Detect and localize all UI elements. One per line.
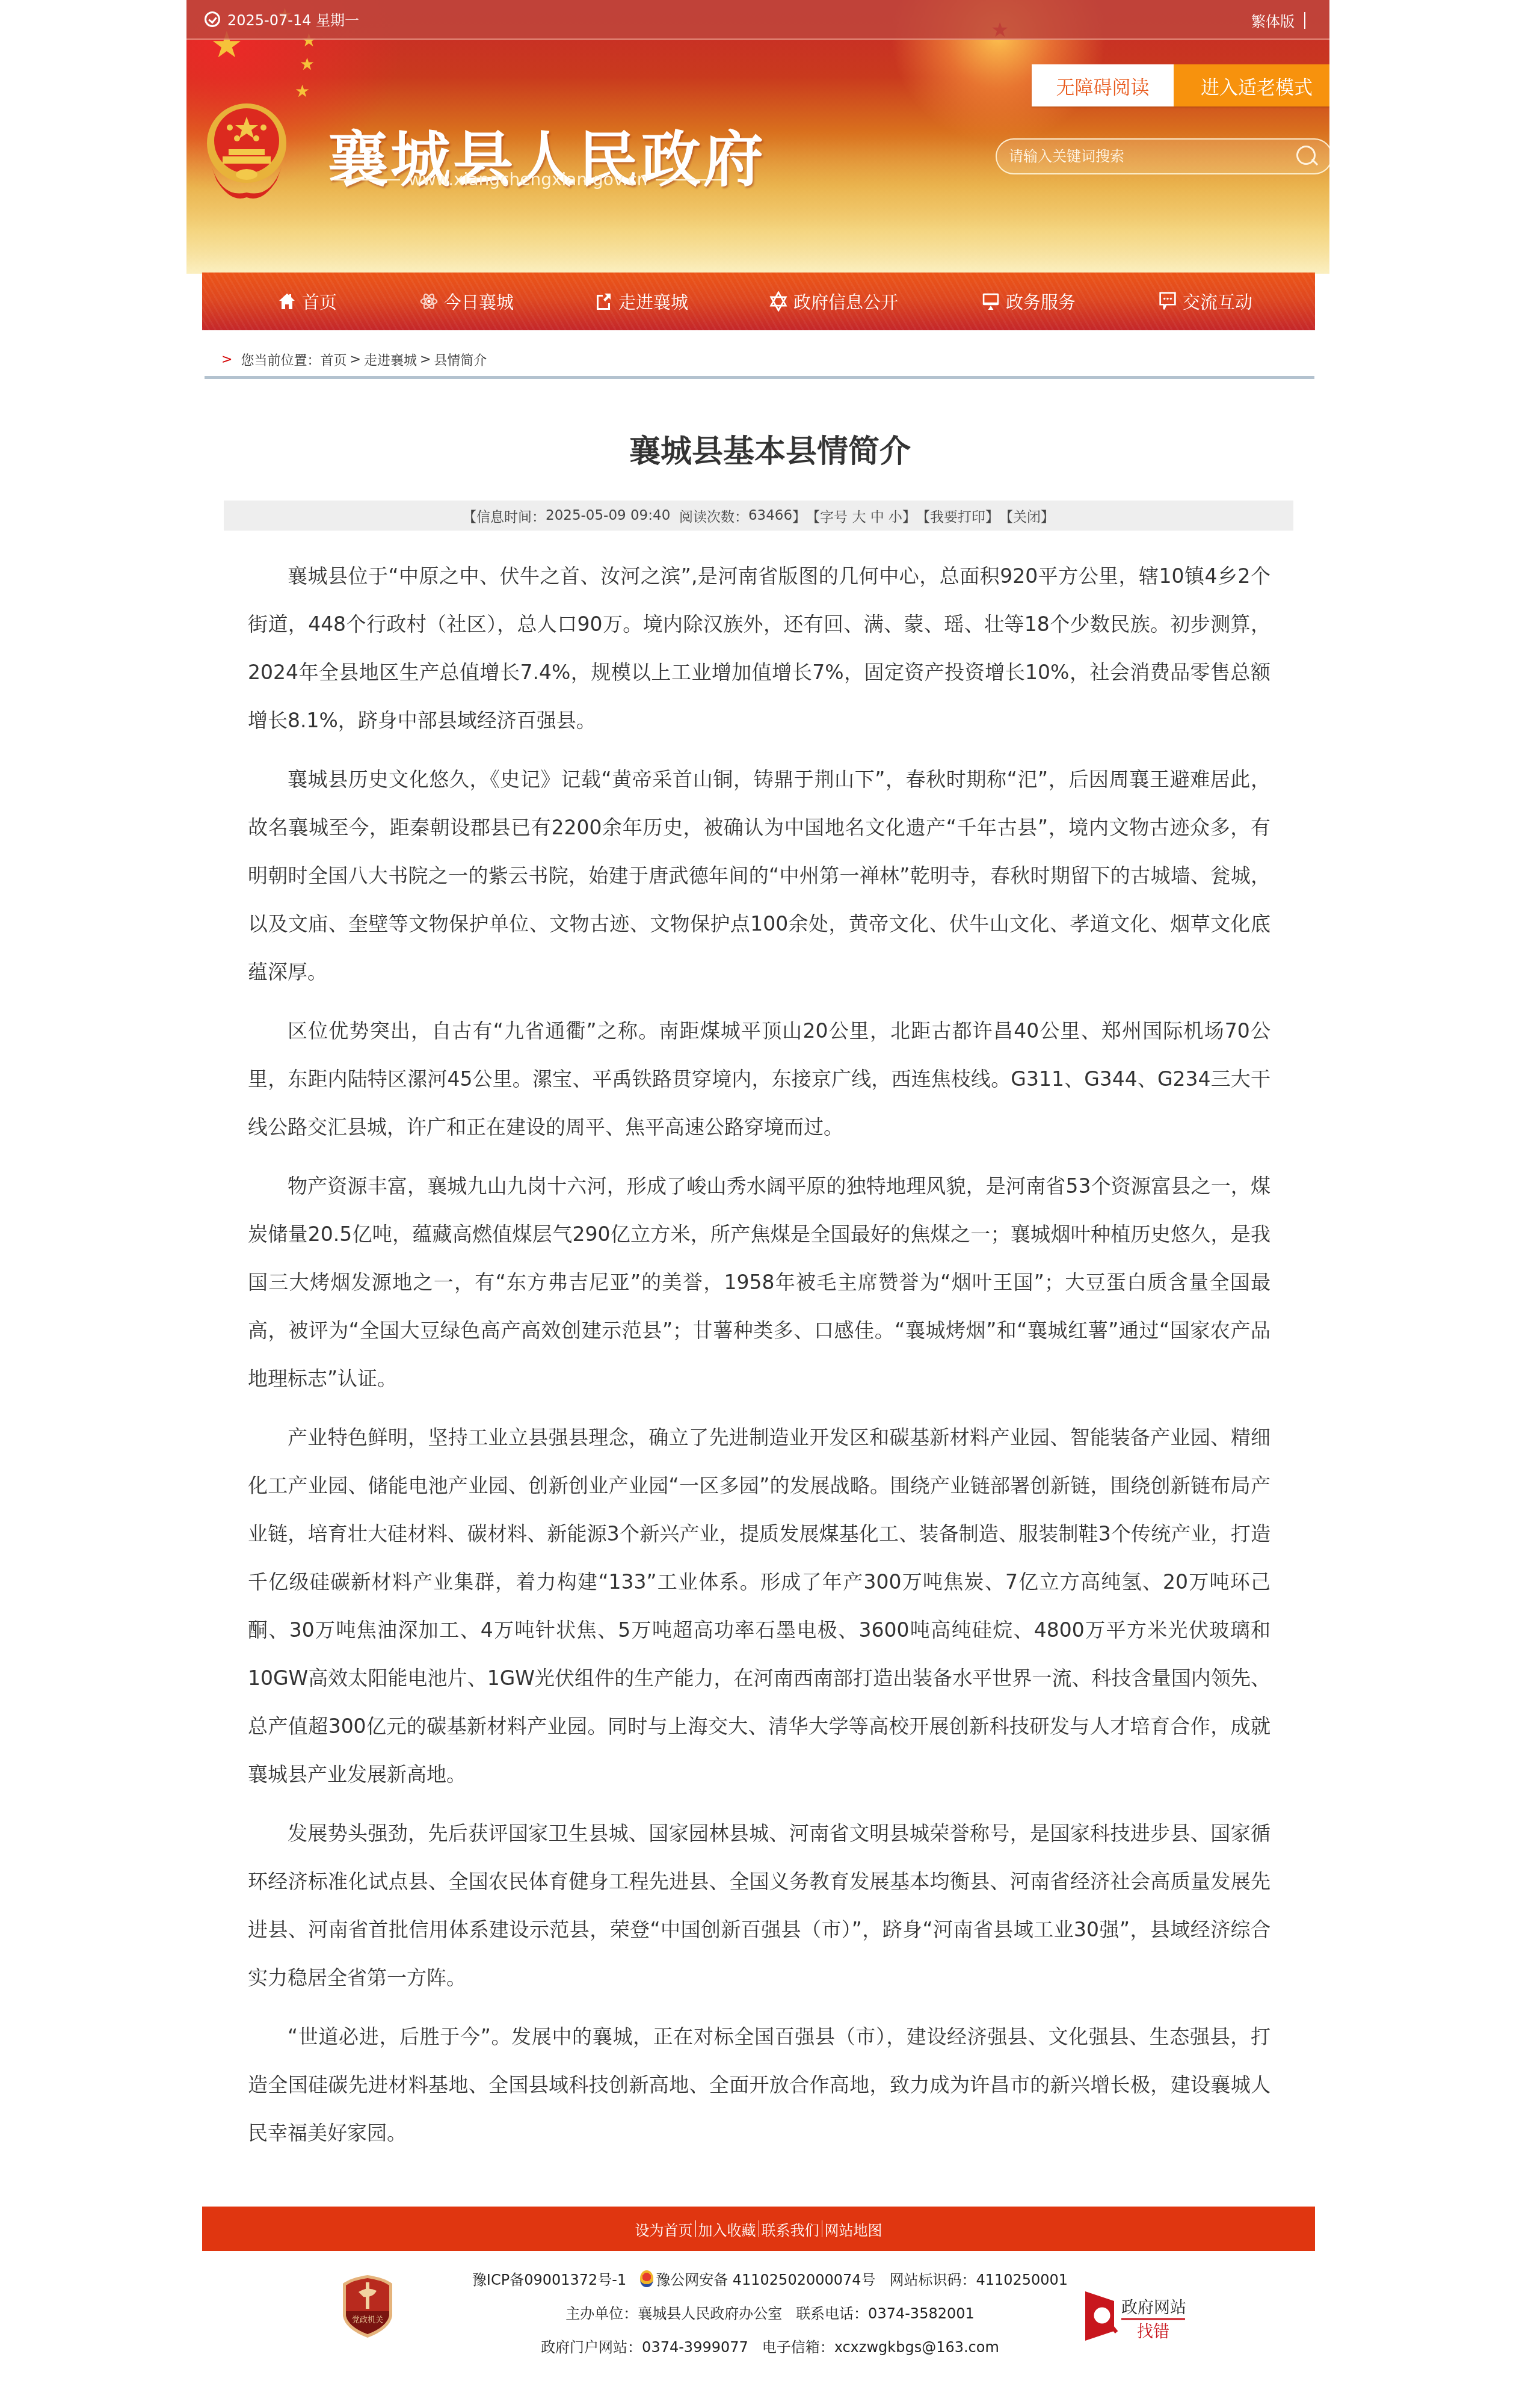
breadcrumb-about[interactable]: 走进襄城 xyxy=(364,350,417,369)
info-time-label: 【信息时间： xyxy=(463,506,546,526)
monitor-icon xyxy=(982,291,1000,312)
divider xyxy=(334,179,400,180)
footer-organizer-line: 主办单位：襄城县人民政府办公室 联系电话：0374-3582001 xyxy=(0,2302,1540,2323)
article-paragraph: 襄城县历史文化悠久，《史记》记载“黄帝采首山铜，铸鼎于荆山下”，春秋时期称“汜”… xyxy=(248,756,1270,996)
traditional-label: 繁体版 xyxy=(1251,10,1295,31)
divider xyxy=(695,2220,696,2237)
nav-item-home[interactable]: 首页 xyxy=(278,273,337,330)
article-info-bar: 【信息时间： 2025-05-09 09:40 阅读次数： 63466 】 【字… xyxy=(224,501,1293,531)
search-input[interactable] xyxy=(1009,148,1295,165)
nav-label: 交流互动 xyxy=(1183,289,1252,314)
nav-label: 今日襄城 xyxy=(444,289,514,314)
main-nav: 首页 今日襄城 走进襄城 政府信息公开 政务服务 交流互动 xyxy=(202,273,1315,330)
nav-item-today[interactable]: 今日襄城 xyxy=(420,273,514,330)
date-text: 2025-07-14 星期一 xyxy=(227,8,359,29)
print-button[interactable]: 【我要打印】 xyxy=(916,506,999,526)
elderly-mode-button[interactable]: 进入适老模式 xyxy=(1174,64,1329,106)
nav-item-info-disclosure[interactable]: 政府信息公开 xyxy=(769,273,898,330)
article-body: 襄城县位于“中原之中、伏牛之首、汝河之滨”,是河南省版图的几何中心，总面积920… xyxy=(248,552,1270,2168)
site-header: ★ ★ ★ ★ ★ ★ 2025-07-14 星期一 繁体版 襄城县人民政府 w… xyxy=(186,0,1329,274)
sitemap-link[interactable]: 网站地图 xyxy=(825,2219,882,2240)
article-paragraph: 襄城县位于“中原之中、伏牛之首、汝河之滨”,是河南省版图的几何中心，总面积920… xyxy=(248,552,1270,745)
add-favorite-link[interactable]: 加入收藏 xyxy=(698,2219,756,2240)
contact-us-link[interactable]: 联系我们 xyxy=(762,2219,819,2240)
website-error-report-badge[interactable]: 政府网站 找错 xyxy=(1083,2289,1209,2343)
site-url-text: www.xiangchengxian.gov.cn xyxy=(408,170,647,189)
article-paragraph: 产业特色鲜明，坚持工业立县强县理念，确立了先进制造业开发区和碳基新材料产业园、智… xyxy=(248,1414,1270,1799)
spacer xyxy=(884,508,889,523)
breadcrumb-separator: > xyxy=(350,352,360,367)
site-code: 网站标识码：4110250001 xyxy=(889,2272,1068,2288)
font-size-medium-button[interactable]: 中 xyxy=(870,506,884,526)
svg-text:政府网站: 政府网站 xyxy=(1121,2299,1186,2317)
spacer xyxy=(670,508,679,523)
accessibility-buttons: 无障碍阅读 进入适老模式 xyxy=(1032,64,1329,106)
nav-label: 政务服务 xyxy=(1006,289,1076,314)
info-reads: 63466 xyxy=(748,508,792,523)
breadcrumb: > 您当前位置： 首页 > 走进襄城 > 县情简介 xyxy=(205,343,1314,379)
nav-label: 走进襄城 xyxy=(618,289,688,314)
top-bar: 2025-07-14 星期一 繁体版 xyxy=(186,0,1329,40)
clock-icon xyxy=(205,11,220,27)
police-record-link[interactable]: 豫公网安备 41102502000074号 xyxy=(656,2272,875,2288)
national-emblem-icon xyxy=(205,96,289,205)
chevron-right-icon: > xyxy=(221,352,232,367)
star-of-david-icon xyxy=(769,291,787,312)
breadcrumb-home[interactable]: 首页 xyxy=(320,350,346,369)
date-display: 2025-07-14 星期一 xyxy=(205,8,359,29)
divider xyxy=(1304,12,1305,29)
article-paragraph: 区位优势突出，自古有“九省通衢”之称。南距煤城平顶山20公里，北距古都许昌40公… xyxy=(248,1007,1270,1151)
info-reads-close: 】 xyxy=(792,506,806,526)
email: 电子信箱：xcxzwgkbgs@163.com xyxy=(762,2339,999,2356)
flag-star-icon: ★ xyxy=(295,81,310,101)
info-reads-label: 阅读次数： xyxy=(679,506,748,526)
font-size-small-button[interactable]: 小 xyxy=(889,506,902,526)
external-link-icon xyxy=(594,291,612,312)
chat-icon xyxy=(1159,291,1177,312)
nav-item-interaction[interactable]: 交流互动 xyxy=(1159,273,1252,330)
home-icon xyxy=(278,291,296,312)
article-paragraph: 物产资源丰富，襄城九山九岗十六河，形成了峻山秀水阔平原的独特地理风貌，是河南省5… xyxy=(248,1162,1270,1403)
footer-contact-line: 政府门户网站：0374-3999077 电子信箱：xcxzwgkbgs@163.… xyxy=(0,2335,1540,2356)
font-size-label: 【字号 xyxy=(806,506,848,526)
svg-text:找错: 找错 xyxy=(1137,2323,1169,2341)
phone: 联系电话：0374-3582001 xyxy=(796,2305,975,2322)
flag-star-icon: ★ xyxy=(300,54,315,74)
article-paragraph: 发展势头强劲，先后获评国家卫生县城、国家园林县城、河南省文明县城荣誉称号，是国家… xyxy=(248,1810,1270,2002)
spacer xyxy=(848,508,852,523)
organizer: 主办单位：襄城县人民政府办公室 xyxy=(565,2305,782,2322)
accessible-reading-button[interactable]: 无障碍阅读 xyxy=(1032,64,1174,106)
footer-record-line: 豫ICP备09001372号-1 豫公网安备 41102502000074号 网… xyxy=(0,2268,1540,2289)
nav-label: 首页 xyxy=(302,289,337,314)
nav-item-services[interactable]: 政务服务 xyxy=(982,273,1076,330)
atom-icon xyxy=(420,291,438,312)
nav-item-about[interactable]: 走进襄城 xyxy=(594,273,688,330)
divider xyxy=(822,2220,822,2237)
portal-phone: 政府门户网站：0374-3999077 xyxy=(541,2339,748,2356)
search-icon[interactable] xyxy=(1295,144,1319,168)
breadcrumb-current[interactable]: 县情简介 xyxy=(434,350,487,369)
breadcrumb-prefix: 您当前位置： xyxy=(241,350,320,369)
site-url: www.xiangchengxian.gov.cn xyxy=(334,170,722,189)
font-size-large-button[interactable]: 大 xyxy=(852,506,866,526)
search-box xyxy=(996,138,1329,174)
close-button[interactable]: 【关闭】 xyxy=(999,506,1055,526)
font-size-close: 】 xyxy=(902,506,916,526)
divider xyxy=(759,2220,759,2237)
page-title: 襄城县基本县情简介 xyxy=(0,426,1540,471)
set-homepage-link[interactable]: 设为首页 xyxy=(635,2219,693,2240)
info-time: 2025-05-09 09:40 xyxy=(546,508,670,523)
traditional-chinese-link[interactable]: 繁体版 xyxy=(1251,10,1305,31)
footer-links-bar: 设为首页 加入收藏 联系我们 网站地图 xyxy=(202,2207,1315,2251)
article-paragraph: “世道必进，后胜于今”。发展中的襄城，正在对标全国百强县（市），建设经济强县、文… xyxy=(248,2013,1270,2157)
breadcrumb-separator: > xyxy=(420,352,431,367)
icp-link[interactable]: 豫ICP备09001372号-1 xyxy=(472,2272,626,2288)
nav-label: 政府信息公开 xyxy=(793,289,898,314)
spacer xyxy=(866,508,870,523)
divider xyxy=(656,179,722,180)
police-badge-icon xyxy=(640,2270,653,2287)
